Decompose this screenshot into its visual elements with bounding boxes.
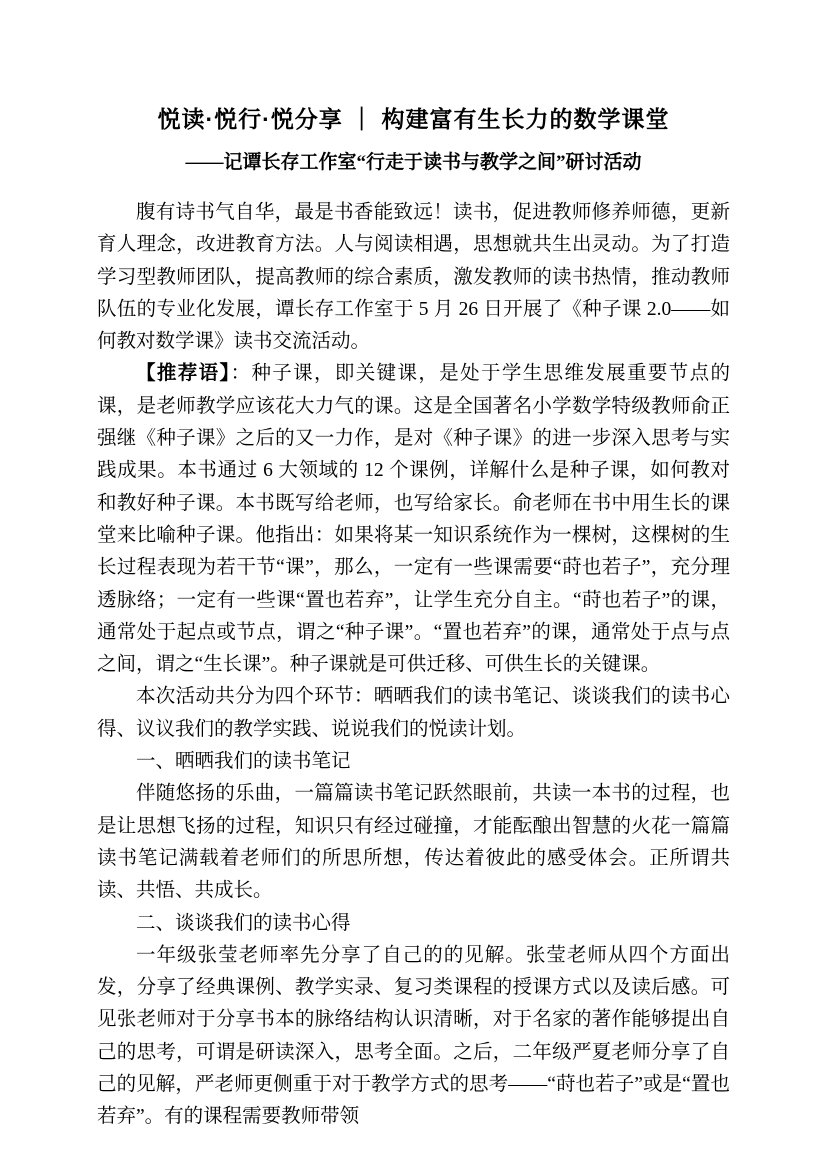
paragraph-teacher-sharing: 一年级张莹老师率先分享了自己的的见解。张莹老师从四个方面出发，分享了经典课例、教… <box>97 940 730 1134</box>
document-body: 腹有诗书气自华，最是书香能致远！读书，促进教师修养师德，更新育人理念，改进教育方… <box>97 197 730 1134</box>
paragraph-activity-overview: 本次活动共分为四个环节：晒晒我们的读书笔记、谈谈我们的读书心得、议议我们的教学实… <box>97 681 730 746</box>
paragraph-recommendation: 【推荐语】：种子课，即关键课，是处于学生思维发展重要节点的课，是老师教学应该花大… <box>97 358 730 681</box>
document-title: 悦读·悦行·悦分享 ｜ 构建富有生长力的数学课堂 <box>97 104 730 134</box>
paragraph-text: 一年级张莹老师率先分享了自己的的见解。张莹老师从四个方面出发，分享了经典课例、教… <box>97 945 730 1127</box>
paragraph-text: 本次活动共分为四个环节：晒晒我们的读书笔记、谈谈我们的读书心得、议议我们的教学实… <box>97 686 730 739</box>
document-content: 悦读·悦行·悦分享 ｜ 构建富有生长力的数学课堂 ——记谭长存工作室“行走于读书… <box>0 0 827 1134</box>
paragraph-lead-bold: 【推荐语】 <box>136 363 231 384</box>
document-subtitle: ——记谭长存工作室“行走于读书与教学之间”研讨活动 <box>97 150 730 176</box>
section-heading-text: 一、晒晒我们的读书笔记 <box>136 751 351 772</box>
paragraph-intro: 腹有诗书气自华，最是书香能致远！读书，促进教师修养师德，更新育人理念，改进教育方… <box>97 197 730 358</box>
paragraph-text: ：种子课，即关键课，是处于学生思维发展重要节点的课，是老师教学应该花大力气的课。… <box>97 363 730 675</box>
paragraph-text: 伴随悠扬的乐曲，一篇篇读书笔记跃然眼前，共读一本书的过程，也是让思想飞扬的过程，… <box>97 783 730 901</box>
document-page: 悦读·悦行·悦分享 ｜ 构建富有生长力的数学课堂 ——记谭长存工作室“行走于读书… <box>0 0 827 1170</box>
paragraph-text: 腹有诗书气自华，最是书香能致远！读书，促进教师修养师德，更新育人理念，改进教育方… <box>97 202 730 352</box>
section-heading-text: 二、谈谈我们的读书心得 <box>136 913 351 934</box>
section-heading-one: 一、晒晒我们的读书笔记 <box>97 746 730 778</box>
section-heading-two: 二、谈谈我们的读书心得 <box>97 908 730 940</box>
paragraph-reading-notes: 伴随悠扬的乐曲，一篇篇读书笔记跃然眼前，共读一本书的过程，也是让思想飞扬的过程，… <box>97 778 730 907</box>
